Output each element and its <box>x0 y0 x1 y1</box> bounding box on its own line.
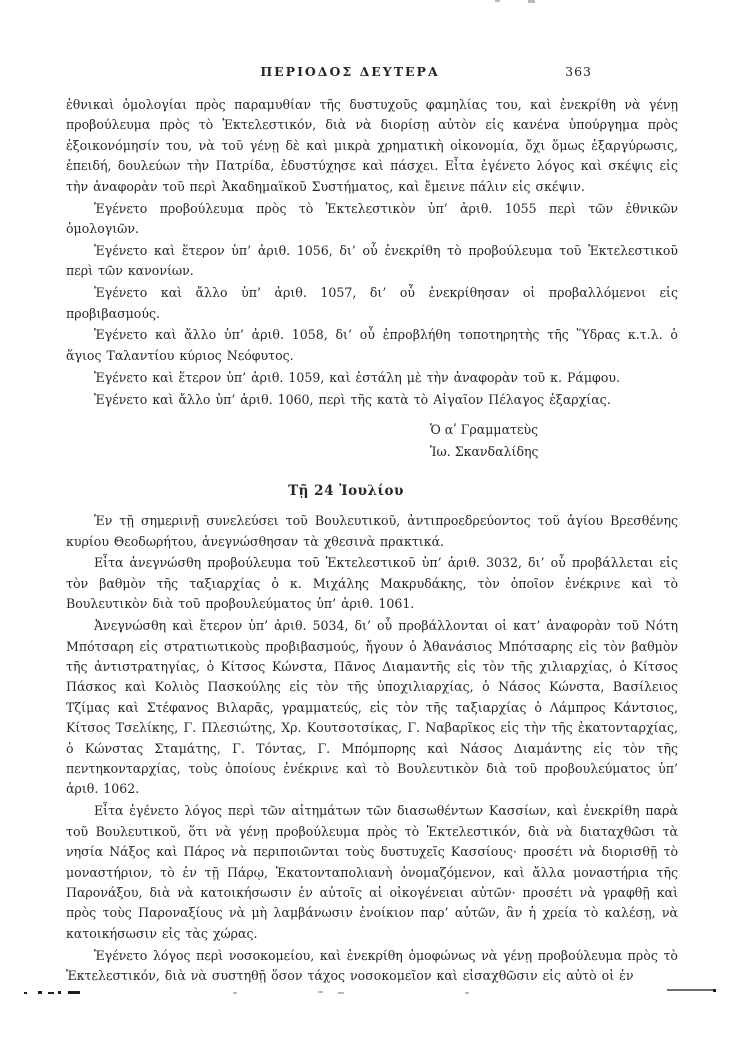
scan-speck <box>68 991 80 994</box>
scan-speck <box>318 991 323 993</box>
paragraph: ἐθνικαὶ ὁμολογίαι πρὸς παραμυθίαν τῆς δυ… <box>66 95 678 197</box>
scanned-book-page: ΠΕΡΙΟΔΟΣ ΔΕΥΤΕΡΑ 363 ἐθνικαὶ ὁμολογίαι π… <box>0 0 744 1052</box>
paragraph: Ἐγένετο προβούλευμα πρὸς τὸ Ἐκτελεστικὸν… <box>66 199 678 240</box>
scan-speck <box>48 992 54 994</box>
signature-role: Ὁ αʹ Γραμματεὺς <box>430 419 678 441</box>
paragraph: Ἀνεγνώσθη καὶ ἕτερον ὑπ’ ἀριθ. 5034, δι’… <box>66 616 678 800</box>
paragraph: Ἐγένετο λόγος περὶ νοσοκομείου, καὶ ἐνεκ… <box>66 946 678 987</box>
paragraph: Εἶτα ἀνεγνώσθη προβούλευμα τοῦ Ἐκτελεστι… <box>66 553 678 614</box>
page-number: 363 <box>565 64 592 79</box>
scan-speck <box>713 989 716 992</box>
paragraph: Ἐγένετο καὶ ἕτερον ὑπ’ ἀριθ. 1059, καὶ ἐ… <box>66 368 678 388</box>
scan-speck <box>58 991 61 994</box>
page-header: ΠΕΡΙΟΔΟΣ ΔΕΥΤΕΡΑ 363 <box>66 64 678 80</box>
scan-line <box>667 989 715 991</box>
signature-name: Ἰω. Σκανδαλίδης <box>430 441 678 463</box>
running-title: ΠΕΡΙΟΔΟΣ ΔΕΥΤΕΡΑ <box>260 64 439 79</box>
scan-speck <box>233 992 237 994</box>
paragraph: Ἐγένετο καὶ ἄλλο ὑπ’ ἀριθ. 1058, δι’ οὗ … <box>66 325 678 366</box>
scan-speck <box>38 991 42 994</box>
paragraph: Ἐγένετο καὶ ἄλλο ὑπ’ ἀριθ. 1057, δι’ οὗ … <box>66 283 678 324</box>
paragraph: Ἐγένετο καὶ ἄλλο ὑπ’ ἀριθ. 1060, περὶ τῆ… <box>66 390 678 410</box>
scan-speck <box>528 0 535 3</box>
paragraph: Ἐγένετο καὶ ἕτερον ὑπ’ ἀριθ. 1056, δι’ ο… <box>66 241 678 282</box>
scan-speck <box>495 0 500 2</box>
scan-speck <box>338 992 344 994</box>
scan-speck <box>24 992 27 994</box>
scan-speck <box>465 992 469 994</box>
paragraph: Εἶτα ἐγένετο λόγος περὶ τῶν αἰτημάτων τῶ… <box>66 801 678 944</box>
signature-block: Ὁ αʹ Γραμματεὺς Ἰω. Σκανδαλίδης <box>66 419 678 462</box>
session-date-heading: Τῇ 24 Ἰουλίου <box>40 483 652 499</box>
text-block: ΠΕΡΙΟΔΟΣ ΔΕΥΤΕΡΑ 363 ἐθνικαὶ ὁμολογίαι π… <box>66 64 678 988</box>
paragraph: Ἐν τῇ σημερινῇ συνελεύσει τοῦ Βουλευτικο… <box>66 511 678 552</box>
